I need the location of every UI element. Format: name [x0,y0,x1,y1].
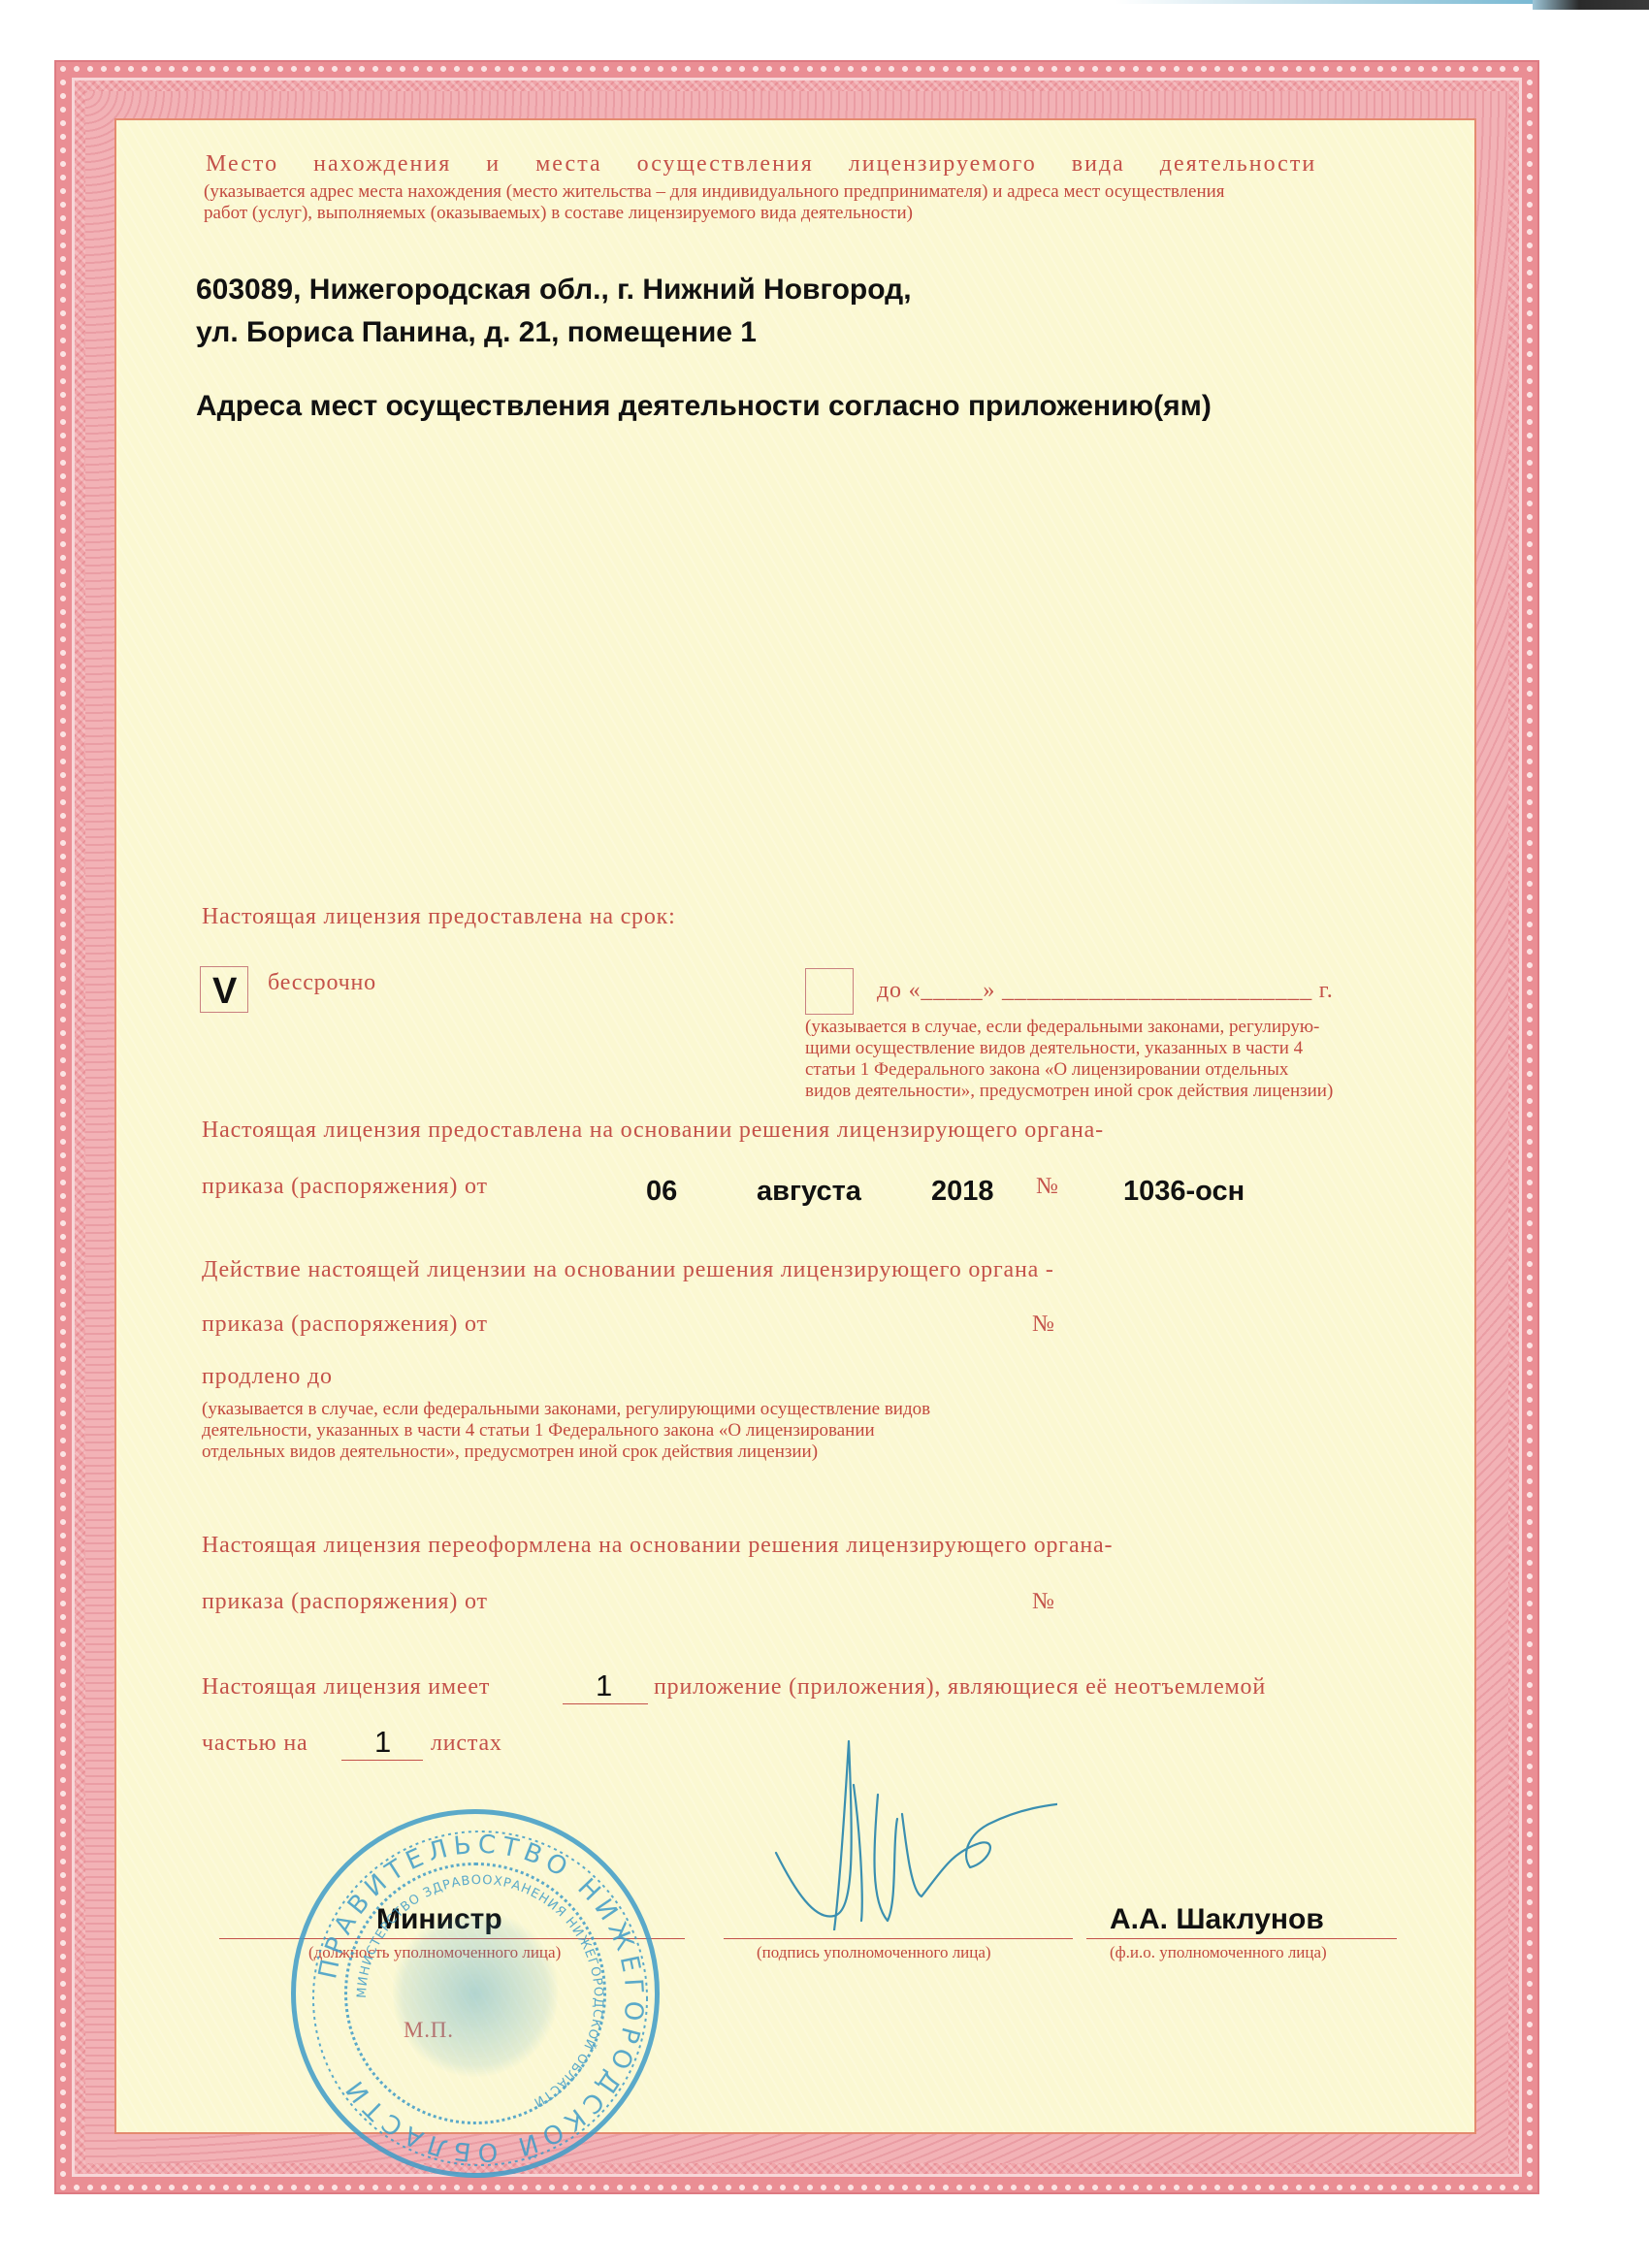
extension-order-label: приказа (распоряжения) от [202,1312,488,1338]
appendix-suffix: приложение (приложения), являющиеся её н… [654,1674,1266,1701]
number-sign: № [1032,1589,1055,1615]
extension-note: деятельности, указанных в части 4 статьи… [202,1420,875,1442]
official-seal-stamp: ПРАВИТЕЛЬСТВО НИЖЕГОРОДСКОЙ ОБЛАСТИ МИНИ… [291,1809,660,2178]
extension-note: (указывается в случае, если федеральными… [202,1399,930,1420]
until-note: статьи 1 Федерального закона «О лицензир… [805,1059,1288,1081]
basis-order-label: приказа (распоряжения) от [202,1174,488,1200]
signature-caption: (подпись уполномоченного лица) [757,1942,991,1963]
term-label: Настоящая лицензия предоставлена на срок… [202,904,676,930]
basis-line-1: Настоящая лицензия предоставлена на осно… [202,1118,1104,1144]
pages-underline [341,1760,423,1761]
activity-places: Адреса мест осуществления деятельности с… [196,390,1212,423]
appendix-count: 1 [596,1669,612,1703]
signatory-name: А.А. Шаклунов [1110,1903,1324,1936]
scan-artifact [1115,0,1533,4]
pages-suffix: листах [431,1731,502,1757]
until-note: видов деятельности», предусмотрен иной с… [805,1081,1333,1102]
handwritten-signature [747,1736,1057,1930]
order-year: 2018 [931,1176,994,1208]
scan-artifact [1533,0,1649,10]
indefinite-label: бессрочно [268,970,376,996]
stamp-text-ring: ПРАВИТЕЛЬСТВО НИЖЕГОРОДСКОЙ ОБЛАСТИ МИНИ… [296,1814,664,2183]
svg-text:МИНИСТЕРСТВО ЗДРАВООХРАНЕНИЯ Н: МИНИСТЕРСТВО ЗДРАВООХРАНЕНИЯ НИЖЕГОРОДСК… [355,1873,605,2110]
pages-prefix: частью на [202,1731,307,1757]
extension-note: отдельных видов деятельности», предусмот… [202,1442,818,1463]
order-day: 06 [646,1176,677,1208]
appendix-count-underline [563,1703,648,1704]
check-mark-icon: V [212,971,237,1013]
signature-line [724,1938,1073,1939]
address-line-2: ул. Бориса Панина, д. 21, помещение 1 [196,316,757,349]
reissue-line-1: Настоящая лицензия переоформлена на осно… [202,1533,1113,1559]
section-title: Место нахождения и места осуществления л… [206,151,1316,178]
appendix-prefix: Настоящая лицензия имеет [202,1674,490,1701]
order-number: 1036-осн [1123,1176,1245,1208]
name-caption: (ф.и.о. уполномоченного лица) [1110,1942,1327,1963]
section-note: (указывается адрес места нахождения (мес… [204,181,1225,203]
section-note: работ (услуг), выполняемых (оказываемых)… [204,203,913,224]
number-sign: № [1032,1312,1055,1338]
until-date-label: до «_____» _________________________ г. [877,978,1334,1004]
extension-line-1: Действие настоящей лицензии на основании… [202,1257,1054,1283]
until-note: (указывается в случае, если федеральными… [805,1017,1319,1038]
pages-count: 1 [374,1725,391,1760]
name-line [1086,1938,1397,1939]
order-month: августа [757,1176,861,1208]
until-note: щими осуществление видов деятельности, у… [805,1038,1303,1059]
number-sign: № [1036,1174,1059,1200]
checkbox-indefinite[interactable]: V [200,966,248,1013]
reissue-order-label: приказа (распоряжения) от [202,1589,488,1615]
checkbox-until-date[interactable] [805,968,854,1015]
address-line-1: 603089, Нижегородская обл., г. Нижний Но… [196,274,912,307]
extended-until-label: продлено до [202,1364,333,1390]
